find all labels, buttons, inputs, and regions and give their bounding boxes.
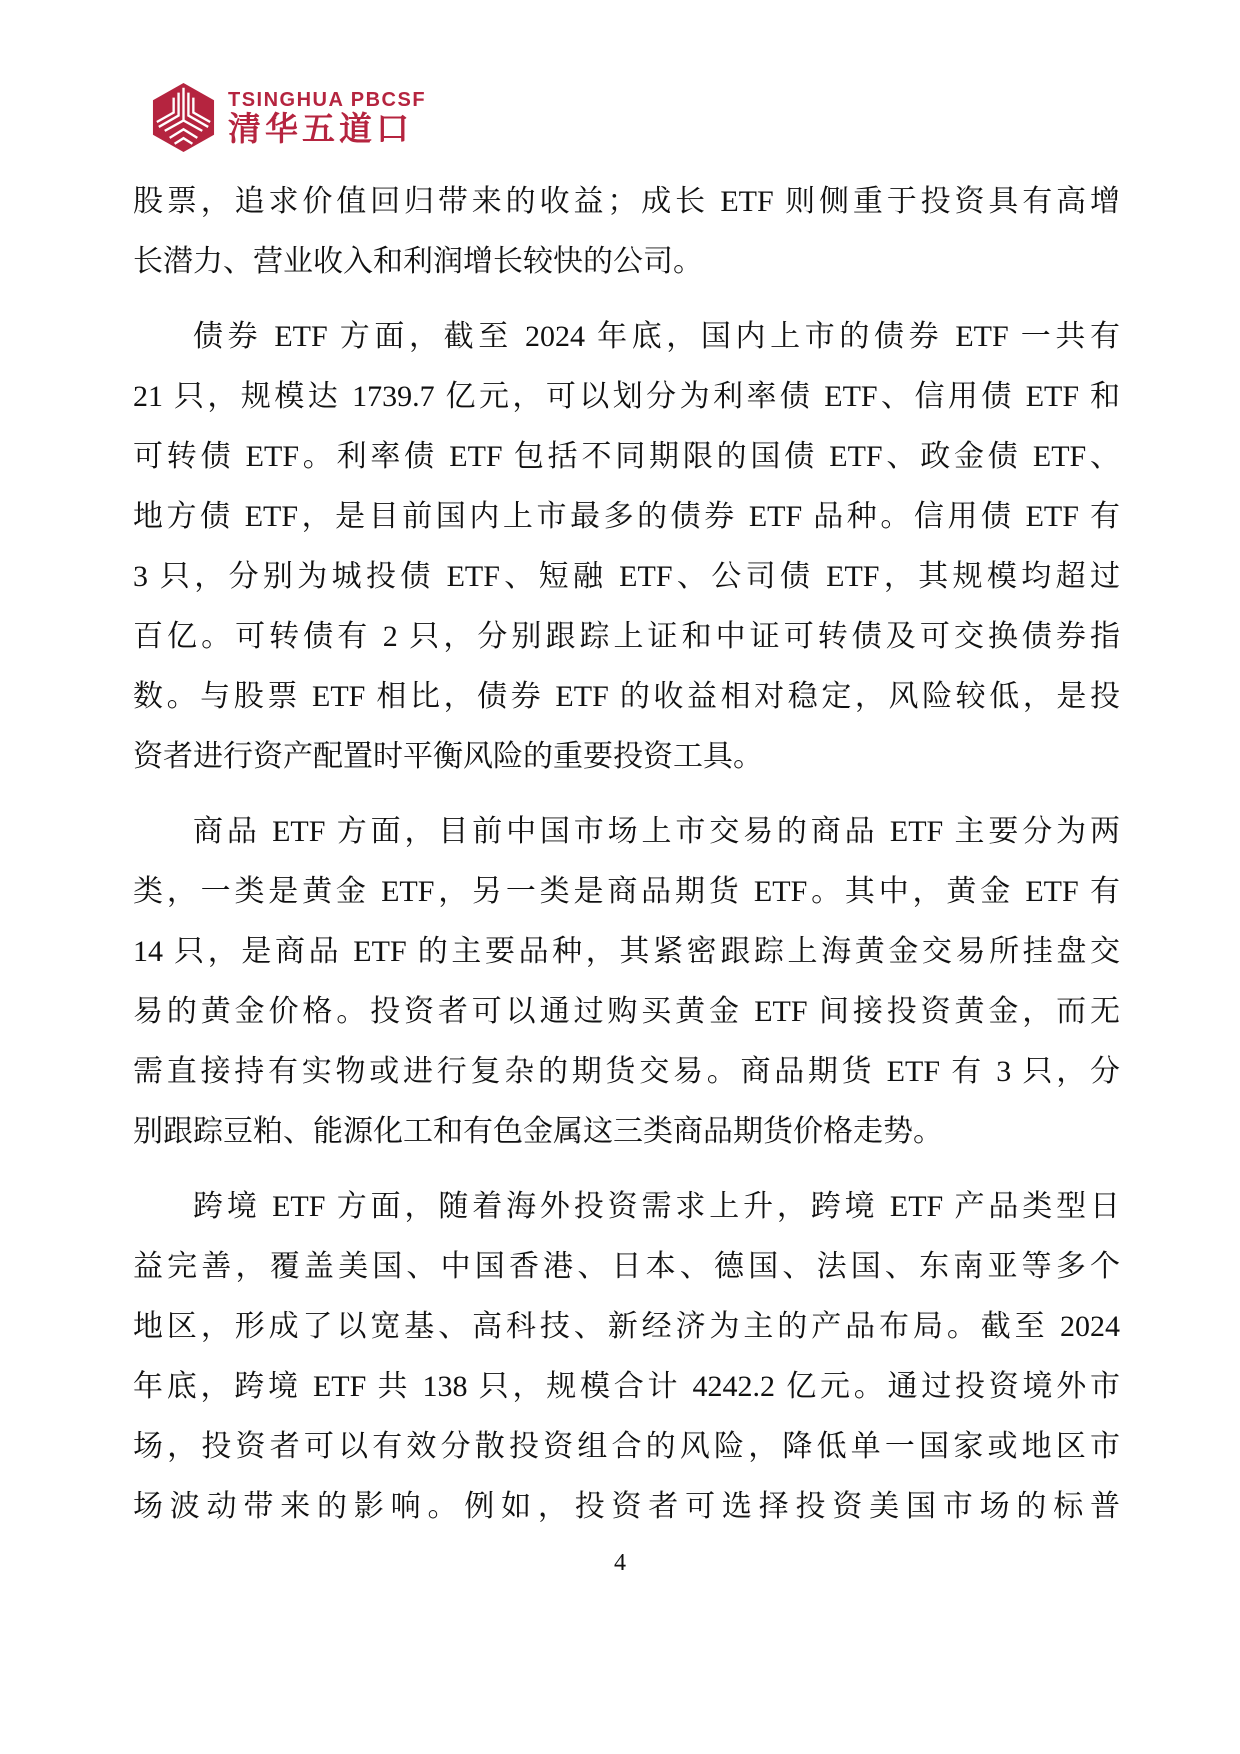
paragraph: 商品 ETF 方面，目前中国市场上市交易的商品 ETF 主要分为两类，一类是黄金… xyxy=(133,802,1120,1162)
text-line: 百亿。可转债有 2 只，分别跟踪上证和中证可转债及可交换债券指 xyxy=(133,607,1120,667)
text-line: 类，一类是黄金 ETF，另一类是商品期货 ETF。其中，黄金 ETF 有 xyxy=(133,862,1120,922)
document-body: 股票，追求价值回归带来的收益；成长 ETF 则侧重于投资具有高增长潜力、营业收入… xyxy=(133,172,1120,1537)
text-line: 股票，追求价值回归带来的收益；成长 ETF 则侧重于投资具有高增 xyxy=(133,172,1120,232)
text-line: 别跟踪豆粕、能源化工和有色金属这三类商品期货价格走势。 xyxy=(133,1102,1120,1162)
text-line: 地方债 ETF，是目前国内上市最多的债券 ETF 品种。信用债 ETF 有 xyxy=(133,487,1120,547)
text-line: 资者进行资产配置时平衡风险的重要投资工具。 xyxy=(133,727,1120,787)
logo-text: TSINGHUA PBCSF 清华五道口 xyxy=(228,89,426,147)
text-line: 债券 ETF 方面，截至 2024 年底，国内上市的债券 ETF 一共有 xyxy=(133,307,1120,367)
text-line: 跨境 ETF 方面，随着海外投资需求上升，跨境 ETF 产品类型日 xyxy=(133,1177,1120,1237)
text-line: 年底，跨境 ETF 共 138 只，规模合计 4242.2 亿元。通过投资境外市 xyxy=(133,1357,1120,1417)
text-line: 易的黄金价格。投资者可以通过购买黄金 ETF 间接投资黄金，而无 xyxy=(133,982,1120,1042)
text-line: 地区，形成了以宽基、高科技、新经济为主的产品布局。截至 2024 xyxy=(133,1297,1120,1357)
text-line: 21 只，规模达 1739.7 亿元，可以划分为利率债 ETF、信用债 ETF … xyxy=(133,367,1120,427)
tsinghua-pbcsf-logo: TSINGHUA PBCSF 清华五道口 xyxy=(150,82,426,153)
text-line: 场，投资者可以有效分散投资组合的风险，降低单一国家或地区市 xyxy=(133,1417,1120,1477)
paragraph: 股票，追求价值回归带来的收益；成长 ETF 则侧重于投资具有高增长潜力、营业收入… xyxy=(133,172,1120,292)
text-line: 商品 ETF 方面，目前中国市场上市交易的商品 ETF 主要分为两 xyxy=(133,802,1120,862)
text-line: 场波动带来的影响。例如，投资者可选择投资美国市场的标普 xyxy=(133,1477,1120,1537)
text-line: 长潜力、营业收入和利润增长较快的公司。 xyxy=(133,232,1120,292)
text-line: 可转债 ETF。利率债 ETF 包括不同期限的国债 ETF、政金债 ETF、 xyxy=(133,427,1120,487)
text-line: 益完善，覆盖美国、中国香港、日本、德国、法国、东南亚等多个 xyxy=(133,1237,1120,1297)
paragraph: 跨境 ETF 方面，随着海外投资需求上升，跨境 ETF 产品类型日益完善，覆盖美… xyxy=(133,1177,1120,1537)
paragraph: 债券 ETF 方面，截至 2024 年底，国内上市的债券 ETF 一共有21 只… xyxy=(133,307,1120,787)
page-number: 4 xyxy=(0,1550,1240,1577)
text-line: 14 只，是商品 ETF 的主要品种，其紧密跟踪上海黄金交易所挂盘交 xyxy=(133,922,1120,982)
logo-chinese-name: 清华五道口 xyxy=(228,111,426,147)
document-page: TSINGHUA PBCSF 清华五道口 股票，追求价值回归带来的收益；成长 E… xyxy=(0,0,1240,1754)
pbcsf-hexagon-logo-icon xyxy=(150,82,217,153)
logo-english-name: TSINGHUA PBCSF xyxy=(228,89,426,111)
text-line: 需直接持有实物或进行复杂的期货交易。商品期货 ETF 有 3 只，分 xyxy=(133,1042,1120,1102)
text-line: 3 只，分别为城投债 ETF、短融 ETF、公司债 ETF，其规模均超过 xyxy=(133,547,1120,607)
text-line: 数。与股票 ETF 相比，债券 ETF 的收益相对稳定，风险较低，是投 xyxy=(133,667,1120,727)
